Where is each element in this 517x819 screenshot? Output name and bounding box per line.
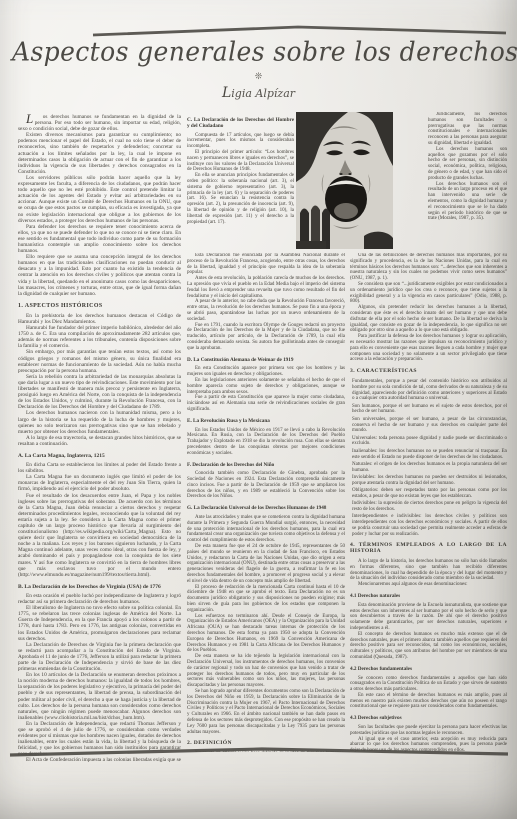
paragraph: Hamurabi fue fundador del primer imperio… [18,325,181,349]
paragraph: Esta denominación proviene de la Escuela… [350,603,507,632]
section-heading: 4.1 Derechos naturales [350,594,507,600]
section-heading: 4.2 Derechos fundamentales [350,667,507,673]
paragraph: El concepto de derechos humanos es mucho… [350,632,507,661]
paragraph: Esta Declaración fue enunciada por la As… [187,253,345,276]
paragraph: En la prehistoria de los derechos humano… [18,313,181,325]
section-heading: A. La Carta Magna, Inglaterra, 1215 [18,453,181,459]
paragraph: Los derechos humanos nacieron con la hum… [18,410,181,434]
section-heading: 4.3 Derechos subjetivos [350,716,507,722]
section-heading: G. La Declaración Universal de los Derec… [187,506,345,512]
right-column-top: Jurídicamente, los derechos humanos son … [428,112,507,254]
section-heading: B. La Declaración de los Derechos de Vir… [18,584,181,590]
list-item: 3.Son universales, porque el ser humano,… [352,417,507,434]
paragraph: Sería la rebelión contra la arbitrarieda… [18,374,181,411]
paragraph: De esta manera se ha ido tejiendo la leg… [187,654,345,689]
paragraph: Fue a partir de esta Constitución que ap… [187,395,345,412]
paragraph: Se considera que son “...jurídicamente e… [350,282,507,305]
screaming-woman-photo [296,112,393,249]
list-item: 6.Naturales: el origen de los derechos h… [352,462,507,474]
paragraph: Se han logrado aprobar diferentes docume… [187,689,345,735]
paragraph: Ello requiere que se asuma una concepció… [18,254,181,297]
paragraph: El principio del primer artículo: “Los h… [187,150,294,173]
section-heading: C. La Declaración de los Derechos del Ho… [187,118,294,130]
section-heading: 4. TÉRMINOS EMPLEADOS A LO LARGO DE LA H… [350,543,507,555]
asterisk-ornament-icon: ❊ [0,71,517,82]
paragraph: La Carta Magna fue un documento inglés q… [18,474,181,492]
paragraph: Para justificar la defensa de los derech… [350,334,507,363]
middle-column-top: C. La Declaración de los Derechos del Ho… [187,112,294,253]
list-item: 1.Fundamentales, porque a pesar del cont… [352,379,507,402]
bottom-rule [0,746,517,760]
paragraph: Mencionaremos aquí algunos de esas denom… [350,582,507,588]
paragraph: Se conocen como derechos fundamentales a… [350,676,507,693]
list-item: 8.Obligatorios: deben ser respetados tan… [352,488,507,500]
section-heading: F. Declaración de los Derechos del Niño [187,463,345,469]
paragraph: El liberalismo de Inglaterra no tuvo efe… [18,605,181,642]
section-heading: 1. ASPECTOS HISTÓRICOS [18,303,181,309]
author-name: Ligia Alpízar [0,85,517,101]
list-item: 7.Inviolables: los derechos humanos no p… [352,475,507,487]
paragraph: Existen diversos mecanismos para garanti… [18,132,181,175]
list-item: 10.Interdependientes e indivisibles: los… [352,514,507,537]
paragraph: Los derechos humanos son aquellos que go… [428,147,507,182]
paragraph: En este caso el término de derechos huma… [350,693,507,710]
paragraph: Fue en 1791, cuando la escritora Olympe … [187,323,345,352]
paragraph: La Declaración de Derechos de Virginia f… [18,642,181,672]
paragraph: De esta manera fue que el 24 de octubre … [187,544,345,585]
paragraph: En los 10 artículos de la Declaración se… [18,672,181,721]
paragraph: Compuesta de 17 artículos, que luego se … [187,133,294,150]
list-item: 9.Indivisibles: la supresión de ciertos … [352,501,507,513]
paragraph: Los servidores públicos sólo podrán hace… [18,175,181,224]
paragraph: Los esfuerzos no terminaron ahí. Desde e… [187,614,345,655]
right-column: Una de las definiciones de derechos huma… [350,253,507,752]
paragraph: Ante las atrocidades y males que se come… [187,515,345,544]
paragraph: Fue el resultado de los desacuerdos entr… [18,493,181,578]
paragraph: Son las facultades que puede ejercitar l… [350,725,507,737]
paragraph: En dicha Carta se establecieron los lími… [18,462,181,474]
paragraph: Los derechos humanos se fundamentan en l… [18,114,181,132]
paragraph: En las legislaciones anteriores solament… [187,378,345,395]
section-heading: E. La Revolución Rusa y la Mexicana [187,419,345,425]
paragraph: El proceso de redacción de la mencionada… [187,585,345,614]
paragraph: Sin embargo, por más garantías que tenía… [18,349,181,373]
paragraph: A pesar de lo anterior, no cabe duda que… [187,299,345,322]
paragraph: En ella se anuncian principios fundament… [187,173,294,225]
paragraph: En los Estados Unidos de México en 1917 … [187,428,345,457]
paragraph: Jurídicamente, los derechos humanos son … [428,112,507,147]
section-heading: 3. CARACTERÍSTICAS [350,369,507,375]
middle-column: Esta Declaración fue enunciada por la As… [187,253,345,752]
section-heading: D. La Constitución Alemana de Weimar de … [187,358,345,364]
paragraph: Para defender los derechos se requiere t… [18,224,181,254]
paragraph: Conocida también como Declaración de Gin… [187,471,345,500]
paragraph: A lo largo de esa trayectoria, se destac… [18,435,181,447]
paragraph: Antes de esta revolución, la población c… [187,276,345,299]
paragraph: A lo largo de la historia, los derechos … [350,559,507,582]
scanned-page: Aspectos generales sobre los derechos hu… [0,0,517,819]
paragraph: Una de las definiciones de derechos huma… [350,253,507,282]
article-title: Aspectos generales sobre los derechos hu… [12,36,513,66]
paragraph: Algunos, sin pretender reducir los derec… [350,305,507,334]
paragraph: En esta ocasión el pueblo luchó por inde… [18,593,181,605]
left-column: Los derechos humanos se fundamentan en l… [18,114,181,762]
list-item: 4.Universales: toda persona posee dignid… [352,436,507,448]
list-item: 2.Son humanos, porque el ser humano es e… [352,404,507,416]
paragraph: Los derechos humanos son el resultado de… [428,182,507,223]
list-item: 5.Inalienables: los derechos humanos no … [352,449,507,461]
paragraph: En esta Constitución aparece por primera… [187,366,345,378]
